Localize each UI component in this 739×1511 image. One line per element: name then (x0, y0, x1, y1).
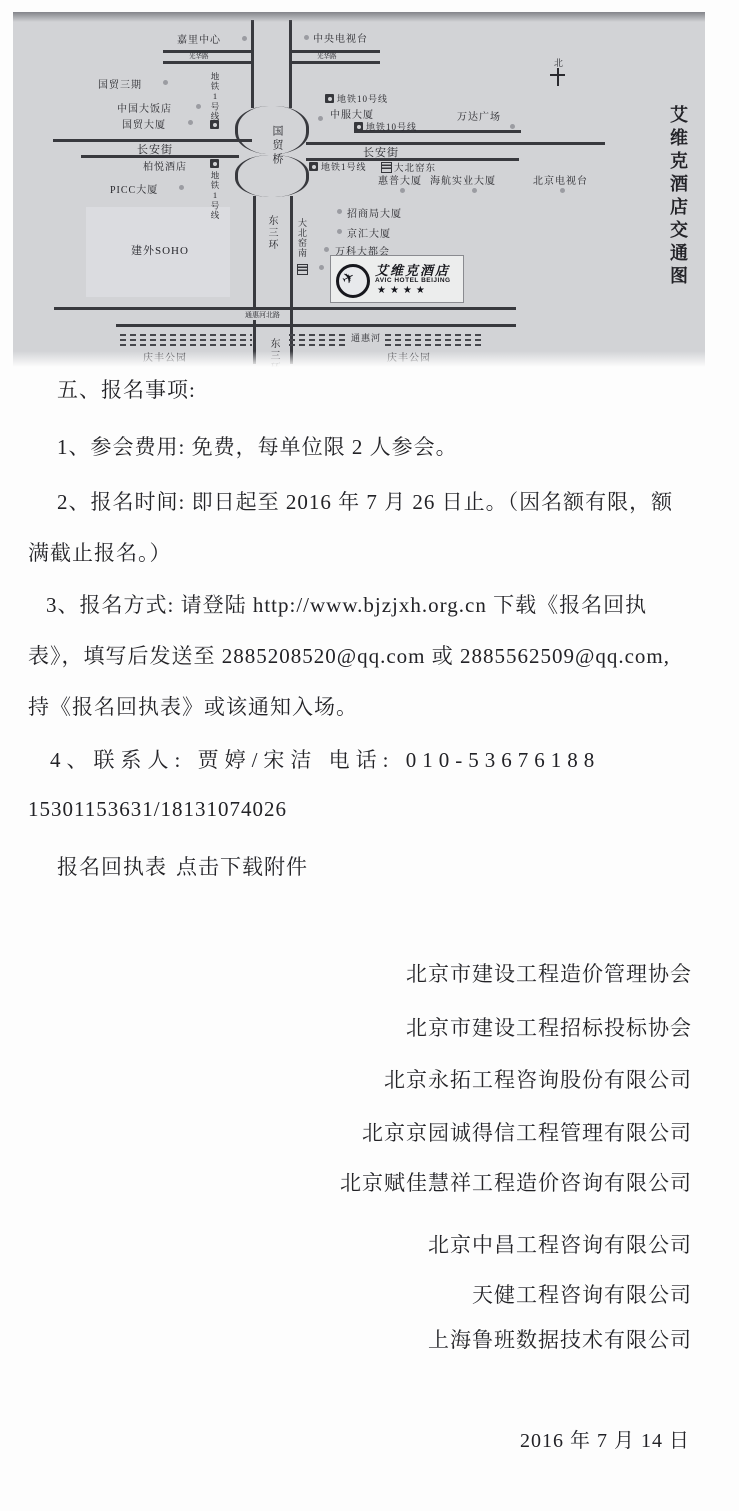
organization-name: 北京京园诚得信工程管理有限公司 (362, 1117, 692, 1147)
organization-name: 北京永拓工程咨询股份有限公司 (384, 1064, 692, 1094)
north-cross-icon (550, 68, 565, 86)
metro-icon (210, 120, 219, 129)
map-label-btv: 北京电视台 (533, 172, 588, 187)
plane-icon: ✈ (339, 267, 359, 289)
map-label-china-world-hotel: 中国大饭店 (117, 100, 172, 115)
map-label-east-3rd-ring-lower: 东三环 (264, 338, 283, 367)
organization-name: 上海鲁班数据技术有限公司 (428, 1324, 692, 1354)
landmark-dot (319, 265, 324, 270)
metro-icon (354, 122, 363, 131)
road-line (163, 61, 252, 64)
attachment-download-link[interactable]: 点击下载附件 (176, 855, 308, 879)
map-label-kerry-center: 嘉里中心 (177, 31, 221, 46)
map-label-tonghui-north-road: 通惠河北路 (243, 310, 282, 320)
landmark-dot (324, 247, 329, 252)
river-wave (385, 339, 481, 341)
map-label-hp-tower: 惠普大厦 (378, 172, 422, 187)
organization-name: 北京市建设工程造价管理协会 (406, 958, 692, 988)
item-method-line1: 3、报名方式: 请登陆 http://www.bjzjxh.org.cn 下载《… (46, 589, 647, 619)
map-label-park-hyatt: 柏悦酒店 (143, 158, 187, 173)
avic-hotel-name-en: AVIC HOTEL BEIJING (375, 277, 451, 284)
road-line (253, 196, 256, 364)
map-label-metro-line1-row: 地铁1号线 (321, 160, 367, 173)
map-label-jianwai-soho: 建外SOHO (131, 242, 189, 258)
bus-icon (297, 264, 308, 275)
landmark-dot (188, 120, 193, 125)
section-heading: 五、报名事项: (57, 374, 196, 404)
map-label-guanghua-road-left: 光华路 (189, 51, 209, 60)
map-label-guanghua-road-right: 光华路 (317, 51, 337, 60)
river-wave (120, 339, 252, 341)
item-method-line2: 表》，填写后发送至 2885208520@qq.com 或 2885562509… (28, 640, 670, 670)
organization-name: 北京中昌工程咨询有限公司 (428, 1229, 692, 1259)
landmark-dot (179, 185, 184, 190)
road-line (292, 61, 380, 64)
map-label-metro-line1-vertical-north: 地铁1号线 (209, 72, 221, 121)
landmark-dot (472, 188, 477, 193)
item-method-line3: 持《报名回执表》或该通知入场。 (28, 691, 358, 721)
item-contact-line2: 15301153631/18131074026 (28, 797, 287, 822)
river-wave (289, 334, 347, 336)
map-label-wanda-plaza: 万达广场 (457, 108, 501, 123)
map-label-qingfeng-park-left: 庆丰公园 (143, 349, 187, 364)
metro-icon (325, 94, 334, 103)
map-label-picc-tower: PICC大厦 (110, 181, 158, 196)
attachment-line: 报名回执表点击下载附件 (57, 851, 308, 881)
landmark-dot (318, 116, 323, 121)
road-line (306, 142, 605, 145)
landmark-dot (304, 35, 309, 40)
document-date: 2016 年 7 月 14 日 (520, 1424, 690, 1453)
organization-name: 北京市建设工程招标投标协会 (406, 1012, 692, 1042)
road-line (116, 324, 516, 327)
avic-logo-circle: ✈ (336, 264, 370, 298)
map-label-qingfeng-park-right: 庆丰公园 (387, 349, 431, 364)
map-side-title: 艾维克酒店交通图 (665, 105, 691, 289)
avic-hotel-logo-box: ✈ 艾维克酒店 AVIC HOTEL BEIJING ★★★★ (330, 255, 464, 303)
road-line (289, 20, 292, 108)
map-label-zhaoshangju-tower: 招商局大厦 (347, 205, 402, 220)
map-label-tonghui-river: 通惠河 (349, 331, 383, 344)
metro-icon (309, 162, 318, 171)
river-wave (289, 339, 347, 341)
river-wave (120, 344, 252, 346)
river-wave (385, 334, 481, 336)
hotel-traffic-map: 北 嘉里中心 中央电视台 光华路 光华路 国贸三期 中国大饭店 国贸大厦 地铁1… (13, 12, 705, 367)
map-label-jinghui-tower: 京汇大厦 (347, 225, 391, 240)
item-deadline-line1: 2、报名时间: 即日起至 2016 年 7 月 26 日止。（因名额有限，额 (57, 486, 673, 516)
river-wave (120, 334, 252, 336)
item-contact-line1: 4、联系人: 贾婷/宋洁 电话: 010-53676188 (50, 744, 600, 774)
map-label-cctv: 中央电视台 (313, 30, 368, 45)
map-label-guomao-bridge: 国贸桥 (269, 125, 285, 167)
avic-hotel-stars: ★★★★ (377, 285, 429, 296)
map-label-changan-street-left: 长安街 (137, 141, 173, 157)
map-label-guomao-tower: 国贸大厦 (122, 116, 166, 131)
landmark-dot (400, 188, 405, 193)
organization-name: 北京赋佳慧祥工程造价咨询有限公司 (340, 1167, 692, 1197)
map-label-metro-line1-vertical-south: 地铁1号线 (209, 171, 221, 220)
landmark-dot (163, 80, 168, 85)
map-label-metro-line10-b: 地铁10号线 (366, 120, 417, 133)
organization-name: 天健工程咨询有限公司 (472, 1279, 692, 1309)
attachment-label: 报名回执表 (57, 855, 167, 879)
landmark-dot (510, 124, 515, 129)
north-label: 北 (554, 56, 564, 69)
road-line (54, 307, 516, 310)
map-label-changan-street-right: 长安街 (363, 144, 399, 160)
map-label-guomao-phase3: 国贸三期 (98, 76, 142, 91)
river-wave (289, 344, 347, 346)
map-label-dabeiyao-south: 大北窑南 (296, 218, 309, 258)
landmark-dot (337, 209, 342, 214)
river-wave (385, 344, 481, 346)
item-fee: 1、参会费用: 免费，每单位限 2 人参会。 (57, 431, 458, 461)
landmark-dot (242, 36, 247, 41)
notice-document: { "colors": {"scan_bg": "#d2d3d6", "road… (0, 0, 739, 1511)
map-label-zhongfu-tower: 中服大厦 (330, 106, 374, 121)
landmark-dot (196, 104, 201, 109)
map-label-metro-line10-a: 地铁10号线 (337, 92, 388, 105)
landmark-dot (337, 229, 342, 234)
landmark-dot (560, 188, 565, 193)
metro-icon (210, 159, 219, 168)
road-line (251, 20, 254, 108)
item-deadline-line2: 满截止报名。） (28, 537, 172, 567)
map-label-hna-tower: 海航实业大厦 (430, 172, 496, 187)
map-label-east-3rd-ring-upper: 东三环 (264, 215, 279, 251)
